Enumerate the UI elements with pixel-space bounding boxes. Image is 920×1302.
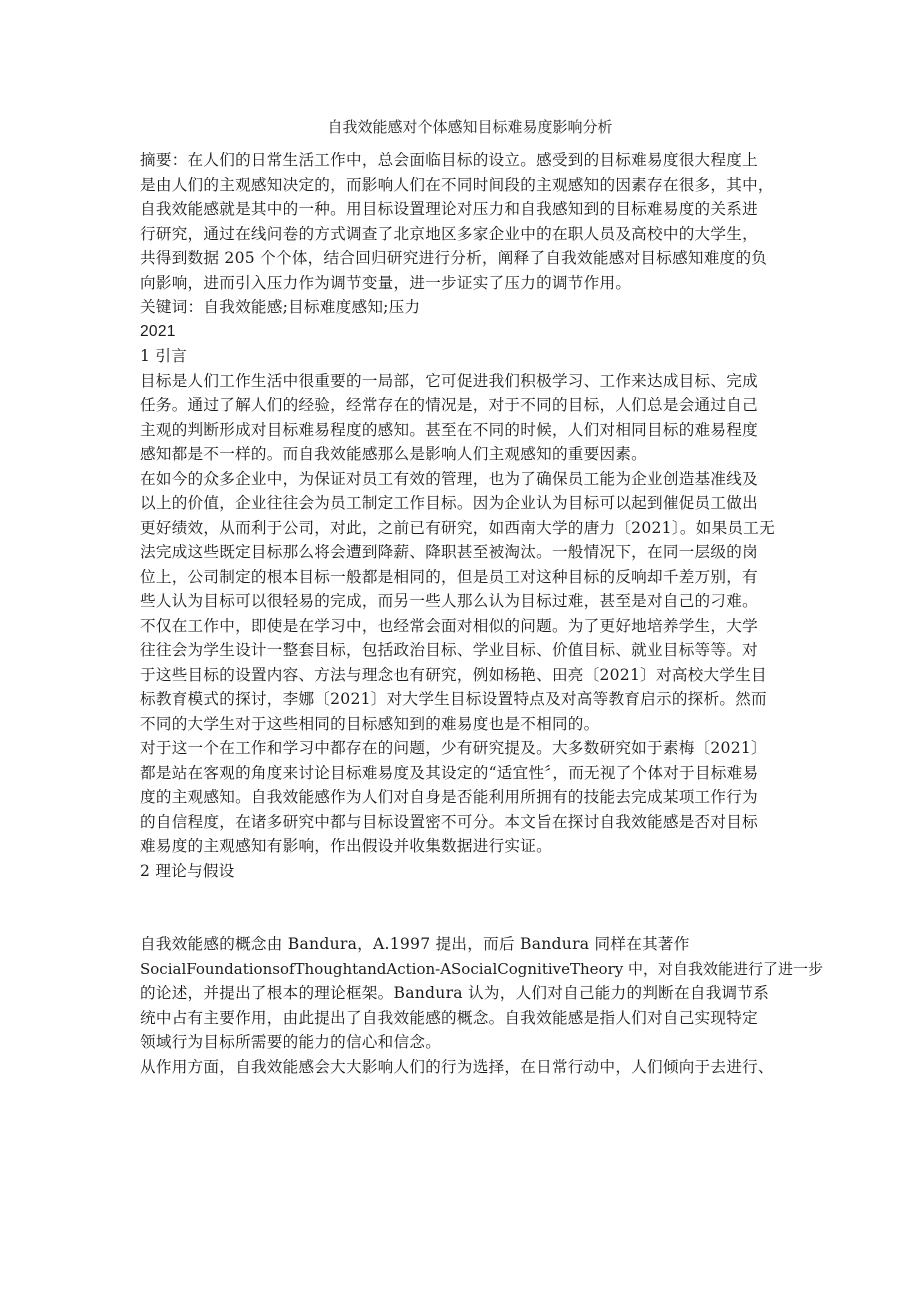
abstract: 摘要：在人们的日常生活工作中，总会面临目标的设立。感受到的目标难易度很大程度上 … [140,148,800,295]
paragraph-line: 从作用方面，自我效能感会大大影响人们的行为选择，在日常行动中，人们倾向于去进行、 [140,1055,800,1080]
paragraph-line: 的自信程度，在诸多研究中都与目标设置密不可分。本文旨在探讨自我效能感是否对目标 [140,810,800,835]
paragraph: 对于这一个在工作和学习中都存在的问题，少有研究提及。大多数研究如于素梅〔2021… [140,736,800,859]
paragraph-line: 以上的价值，企业往往会为员工制定工作目标。因为企业认为目标可以起到催促员工做出 [140,491,800,516]
paragraph-line: 于这些目标的设置内容、方法与理念也有研究，例如杨艳、田亮〔2021〕对高校大学生… [140,663,800,688]
paragraph-line: 目标是人们工作生活中很重要的一局部，它可促进我们积极学习、工作来达成目标、完成 [140,369,800,394]
abstract-line: 向影响，进而引入压力作为调节变量，进一步证实了压力的调节作用。 [140,271,800,296]
abstract-line: 是由人们的主观感知决定的，而影响人们在不同时间段的主观感知的因素存在很多，其中， [140,173,800,198]
abstract-line: 摘要：在人们的日常生活工作中，总会面临目标的设立。感受到的目标难易度很大程度上 [140,148,800,173]
paragraph-line: 主观的判断形成对目标难易程度的感知。甚至在不同的时候，人们对相同目标的难易程度 [140,418,800,443]
paragraph-line: 往往会为学生设计一整套目标，包括政治目标、学业目标、价值目标、就业目标等等。对 [140,638,800,663]
paragraph-line: 些人认为目标可以很轻易的完成，而另一些人那么认为目标过难，甚至是对自己的刁难。 [140,589,800,614]
paragraph-line: 在如今的众多企业中，为保证对员工有效的管理，也为了确保员工能为企业创造基准线及 [140,467,800,492]
paragraph: 目标是人们工作生活中很重要的一局部，它可促进我们积极学习、工作来达成目标、完成 … [140,369,800,467]
paragraph-line: 都是站在客观的角度来讨论目标难易度及其设定的“适宜性〞，而无视了个体对于目标难易 [140,761,800,786]
paragraph-line: 不仅在工作中，即使是在学习中，也经常会面对相似的问题。为了更好地培养学生，大学 [140,614,800,639]
keywords: 关键词：自我效能感;目标难度感知;压力 [140,295,800,320]
document-title: 自我效能感对个体感知目标难易度影响分析 [140,116,800,138]
paragraph: 在如今的众多企业中，为保证对员工有效的管理，也为了确保员工能为企业创造基准线及 … [140,467,800,737]
document-page: 自我效能感对个体感知目标难易度影响分析 摘要：在人们的日常生活工作中，总会面临目… [140,116,800,1079]
paragraph-line: 自我效能感的概念由 Bandura，A.1997 提出，而后 Bandura 同… [140,932,800,957]
section-heading-introduction: 1 引言 [140,344,800,369]
year: 2021 [140,320,800,345]
abstract-line: 共得到数据 205 个个体，结合回归研究进行分析，阐释了自我效能感对目标感知难度… [140,246,800,271]
paragraph-line: 对于这一个在工作和学习中都存在的问题，少有研究提及。大多数研究如于素梅〔2021… [140,736,800,761]
paragraph-line: 法完成这些既定目标那么将会遭到降薪、降职甚至被淘汰。一般情况下，在同一层级的岗 [140,540,800,565]
paragraph-line: 更好绩效，从而利于公司，对此，之前已有研究，如西南大学的唐力〔2021〕。如果员… [140,516,800,541]
abstract-line: 自我效能感就是其中的一种。用目标设置理论对压力和自我感知到的目标难易度的关系进 [140,197,800,222]
paragraph-line: 不同的大学生对于这些相同的目标感知到的难易度也是不相同的。 [140,712,800,737]
paragraph: 自我效能感的概念由 Bandura，A.1997 提出，而后 Bandura 同… [140,932,800,1055]
paragraph-line: 任务。通过了解人们的经验，经常存在的情况是，对于不同的目标，人们总是会通过自己 [140,393,800,418]
paragraph-line: 感知都是不一样的。而自我效能感那么是影响人们主观感知的重要因素。 [140,442,800,467]
paragraph-line: 统中占有主要作用，由此提出了自我效能感的概念。自我效能感是指人们对自己实现特定 [140,1006,800,1031]
paragraph-line: 的论述，并提出了根本的理论框架。Bandura 认为，人们对自己能力的判断在自我… [140,981,800,1006]
paragraph-line: 位上，公司制定的根本目标一般都是相同的，但是员工对这种目标的反响却千差万别，有 [140,565,800,590]
paragraph: 从作用方面，自我效能感会大大影响人们的行为选择，在日常行动中，人们倾向于去进行、 [140,1055,800,1080]
paragraph-line: 标教育模式的探讨，李娜〔2021〕对大学生目标设置特点及对高等教育启示的探析。然… [140,687,800,712]
paragraph-line: SocialFoundationsofThoughtandAction-ASoc… [140,957,800,982]
abstract-line: 行研究，通过在线问卷的方式调查了北京地区多家企业中的在职人员及高校中的大学生， [140,222,800,247]
paragraph-line: 难易度的主观感知有影响，作出假设并收集数据进行实证。 [140,834,800,859]
paragraph-line: 度的主观感知。自我效能感作为人们对自身是否能利用所拥有的技能去完成某项工作行为 [140,785,800,810]
blank-space [140,883,800,932]
section-heading-theory: 2 理论与假设 [140,859,800,884]
paragraph-line: 领域行为目标所需要的能力的信心和信念。 [140,1030,800,1055]
